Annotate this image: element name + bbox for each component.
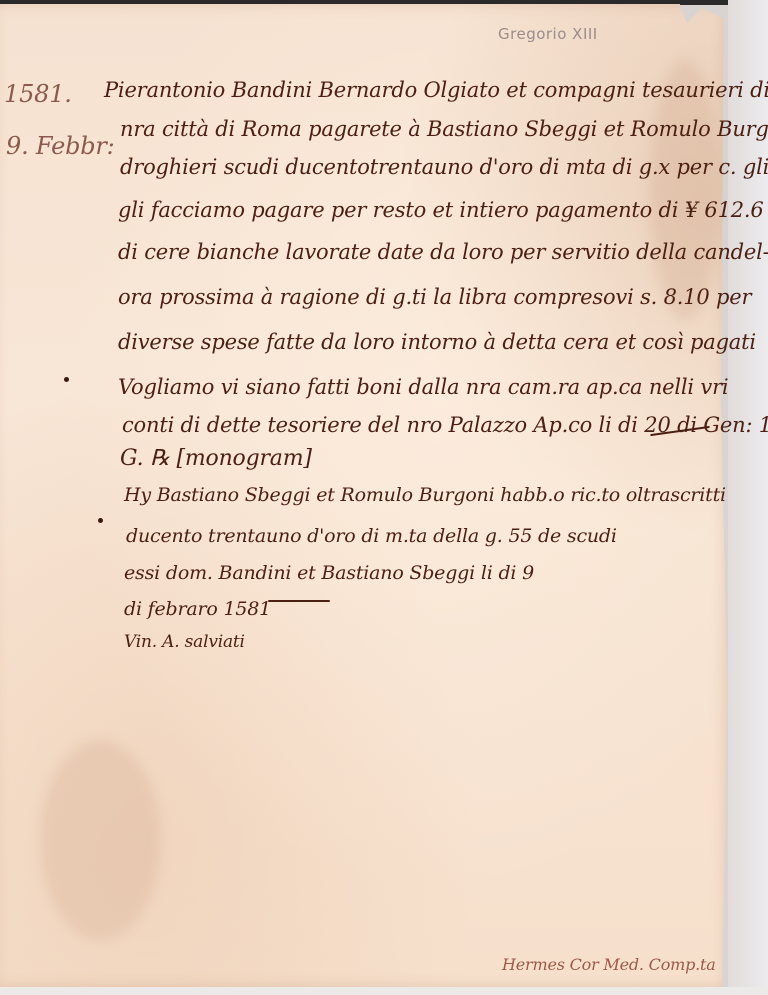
pencil-note: Gregorio XIII: [498, 25, 598, 43]
margin-date: 9. Febbr:: [6, 132, 115, 160]
scan-background: [728, 0, 768, 995]
scan-bottom-edge: [0, 987, 768, 995]
receipt-line: ducento trentauno d'oro di m.ta della g.…: [126, 527, 617, 546]
paper-stain: [40, 740, 160, 940]
body-line: gli facciamo pagare per resto et intiero…: [118, 200, 764, 221]
body-line: diverse spese fatte da loro intorno à de…: [118, 332, 756, 353]
archive-note: Hermes Cor Med. Comp.ta: [502, 955, 716, 974]
receipt-line: essi dom. Bandini et Bastiano Sbeggi li …: [124, 564, 534, 583]
signature-monogram: G. ℞ [monogram]: [120, 448, 312, 470]
ink-dot: [98, 518, 103, 523]
receipt-line: di febraro 1581: [124, 600, 271, 619]
witness-signature: Vin. A. salviati: [124, 634, 245, 651]
margin-year: 1581.: [4, 80, 72, 108]
body-line: di cere bianche lavorate date da loro pe…: [118, 242, 768, 263]
receipt-line: Hy Bastiano Sbeggi et Romulo Burgoni hab…: [124, 486, 726, 505]
underline: [268, 600, 330, 602]
body-line: Pierantonio Bandini Bernardo Olgiato et …: [104, 80, 768, 101]
body-line: nra città di Roma pagarete à Bastiano Sb…: [120, 119, 768, 140]
ink-dot: [64, 377, 69, 382]
body-line: ora prossima à ragione di g.ti la libra …: [118, 287, 751, 308]
body-line: Vogliamo vi siano fatti boni dalla nra c…: [118, 377, 728, 398]
body-line: droghieri scudi ducentotrentauno d'oro d…: [120, 157, 768, 178]
